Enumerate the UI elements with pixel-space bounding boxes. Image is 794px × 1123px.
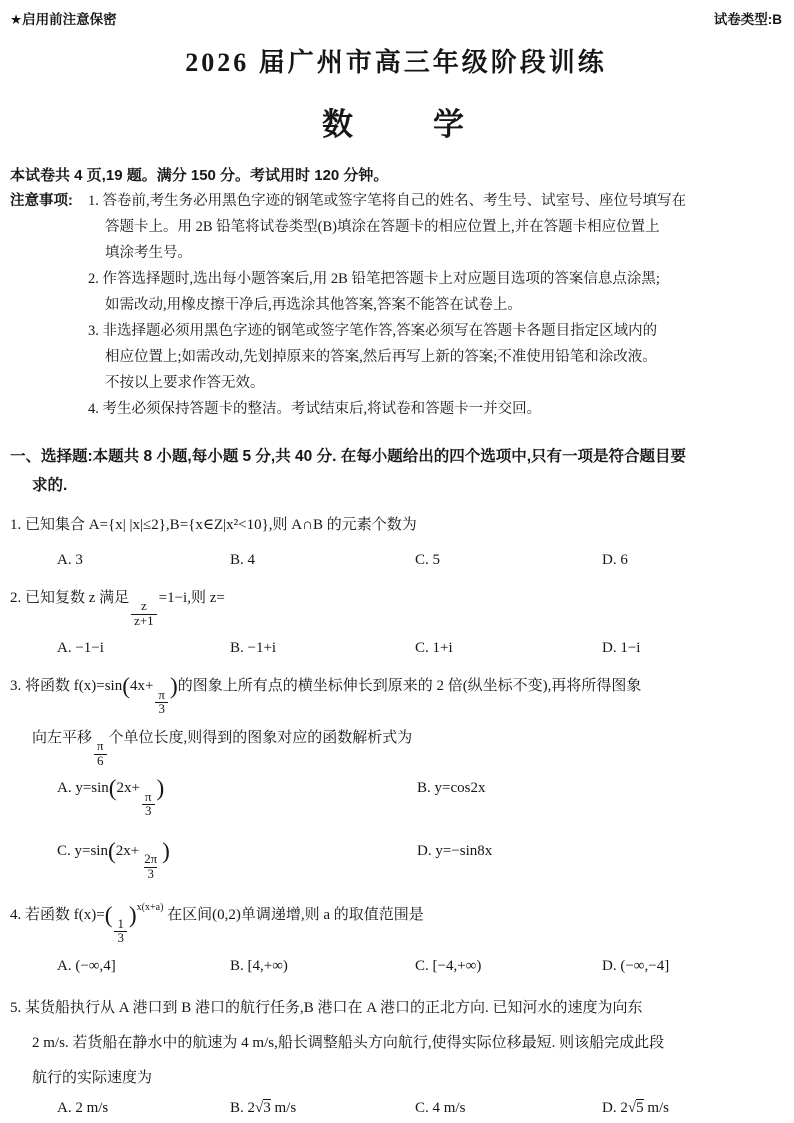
- notice-line: 4. 考生必须保持答题卡的整洁。考试结束后,将试卷和答题卡一并交回。: [88, 396, 782, 422]
- notice-item-3: 3. 非选择题必须用黑色字迹的钢笔或签字笔作答,答案必须写在答题卡各题目指定区域…: [88, 318, 782, 396]
- exponent: x(x+a): [137, 902, 164, 913]
- big-paren-right: ): [129, 903, 137, 929]
- option-c: C. 1+i: [415, 640, 602, 657]
- fraction-denominator: z+1: [131, 614, 156, 629]
- stem-text: =1−i,则 z=: [159, 590, 225, 606]
- fraction-numerator: z: [138, 600, 150, 614]
- section-heading-line: 求的.: [10, 471, 782, 500]
- question-2: 2. 已知复数 z 满足zz+1=1−i,则 z= A. −1−i B. −1+…: [10, 587, 782, 657]
- fraction-denominator: 3: [114, 931, 126, 946]
- security-notice: ★启用前注意保密: [10, 8, 117, 28]
- notice-item-2: 2. 作答选择题时,选出每小题答案后,用 2B 铅笔把答题卡上对应题目选项的答案…: [88, 266, 782, 318]
- option-b: B. 4: [230, 552, 415, 569]
- option-a: A. 2 m/s: [57, 1100, 230, 1117]
- notice-line: 1. 答卷前,考生务必用黑色字迹的钢笔或签字笔将自己的姓名、考生号、试室号、座位…: [88, 188, 782, 214]
- option-c: C. [−4,+∞): [415, 958, 602, 975]
- question-5: 5. 某货船执行从 A 港口到 B 港口的航行任务,B 港口在 A 港口的正北方…: [10, 991, 782, 1117]
- option-a: A. (−∞,4]: [57, 958, 230, 975]
- fraction: π3: [142, 791, 155, 819]
- question-2-options: A. −1−i B. −1+i C. 1+i D. 1−i: [10, 640, 782, 657]
- fraction: 13: [114, 918, 126, 946]
- stem-text: 个单位长度,则得到的图象对应的函数解析式为: [109, 730, 413, 746]
- option-d: D. (−∞,−4]: [602, 958, 782, 975]
- question-3: 3. 将函数 f(x)=sin(4x+π3)的图象上所有点的横坐标伸长到原来的 …: [10, 675, 782, 881]
- option-text: 2x+: [116, 843, 139, 859]
- notice-line: 3. 非选择题必须用黑色字迹的钢笔或签字笔作答,答案必须写在答题卡各题目指定区域…: [88, 318, 782, 344]
- option-d: D. 1−i: [602, 640, 782, 657]
- notice-section: 注意事项: 1. 答卷前,考生务必用黑色字迹的钢笔或签字笔将自己的姓名、考生号、…: [10, 188, 782, 422]
- option-b: B. [4,+∞): [230, 958, 415, 975]
- option-a: A. y=sin(2x+π3): [57, 780, 417, 818]
- big-paren-right: ): [157, 776, 165, 802]
- option-text: 2x+: [117, 780, 140, 796]
- fraction-numerator: 2π: [141, 853, 160, 867]
- fraction-denominator: 3: [142, 804, 154, 819]
- stem-text: 4x+: [130, 678, 153, 694]
- option-d: D. y=−sin8x: [417, 843, 782, 881]
- square-root: 3: [255, 1099, 271, 1116]
- notice-item-1: 1. 答卷前,考生务必用黑色字迹的钢笔或签字笔将自己的姓名、考生号、试室号、座位…: [88, 188, 782, 266]
- question-1-options: A. 3 B. 4 C. 5 D. 6: [10, 552, 782, 569]
- question-5-line-3: 航行的实际速度为: [10, 1061, 782, 1096]
- option-text: A. y=sin: [57, 780, 109, 796]
- question-5-line-2: 2 m/s. 若货船在静水中的航速为 4 m/s,船长调整船头方向航行,使得实际…: [10, 1026, 782, 1061]
- option-d: D. 25 m/s: [602, 1100, 782, 1117]
- notice-line: 2. 作答选择题时,选出每小题答案后,用 2B 铅笔把答题卡上对应题目选项的答案…: [88, 266, 782, 292]
- question-3-line-1: 3. 将函数 f(x)=sin(4x+π3)的图象上所有点的横坐标伸长到原来的 …: [10, 675, 782, 716]
- fraction-denominator: 6: [94, 754, 106, 769]
- subject-title: 数 学: [10, 99, 782, 144]
- stem-text: 3. 将函数 f(x)=sin: [10, 678, 122, 694]
- notice-line: 相应位置上;如需改动,先划掉原来的答案,然后再写上新的答案;不准使用铅笔和涂改液…: [88, 344, 782, 370]
- fraction: 2π3: [141, 853, 160, 881]
- question-4: 4. 若函数 f(x)=(13)x(x+a) 在区间(0,2)单调递增,则 a …: [10, 897, 782, 974]
- exam-paper-page: ★启用前注意保密 试卷类型:B 2026 届广州市高三年级阶段训练 数 学 本试…: [0, 0, 794, 1123]
- option-a: A. −1−i: [57, 640, 230, 657]
- option-b: B. y=cos2x: [417, 780, 782, 818]
- question-4-options: A. (−∞,4] B. [4,+∞) C. [−4,+∞) D. (−∞,−4…: [10, 958, 782, 975]
- big-paren-left: (: [105, 903, 113, 929]
- stem-text: 的图象上所有点的横坐标伸长到原来的 2 倍(纵坐标不变),再将所得图象: [178, 678, 642, 694]
- question-4-stem: 4. 若函数 f(x)=(13)x(x+a) 在区间(0,2)单调递增,则 a …: [10, 897, 782, 945]
- option-text: m/s: [271, 1100, 296, 1116]
- big-paren-left: (: [109, 776, 117, 802]
- big-paren-left: (: [108, 838, 116, 864]
- notice-items: 1. 答卷前,考生务必用黑色字迹的钢笔或签字笔将自己的姓名、考生号、试室号、座位…: [10, 188, 782, 422]
- option-c: C. 4 m/s: [415, 1100, 602, 1117]
- option-text: C. y=sin: [57, 843, 108, 859]
- option-text: m/s: [644, 1100, 669, 1116]
- stem-text: 在区间(0,2)单调递增,则 a 的取值范围是: [163, 907, 423, 923]
- option-c: C. 5: [415, 552, 602, 569]
- fraction: π3: [155, 689, 168, 717]
- big-paren-left: (: [122, 674, 130, 700]
- fraction-numerator: π: [142, 791, 155, 805]
- option-b: B. 23 m/s: [230, 1100, 415, 1117]
- fraction-numerator: π: [94, 740, 107, 754]
- stem-text: 4. 若函数 f(x)=: [10, 907, 105, 923]
- exam-title: 2026 届广州市高三年级阶段训练: [10, 42, 782, 79]
- option-a: A. 3: [57, 552, 230, 569]
- question-3-line-2: 向左平移π6个单位长度,则得到的图象对应的函数解析式为: [10, 727, 782, 768]
- fraction: zz+1: [131, 600, 156, 628]
- option-b: B. −1+i: [230, 640, 415, 657]
- option-text: B. 2: [230, 1100, 255, 1116]
- notice-line: 填涂考生号。: [88, 240, 782, 266]
- radicand: 3: [263, 1099, 271, 1116]
- stem-text: 2. 已知复数 z 满足: [10, 590, 129, 606]
- page-header: ★启用前注意保密 试卷类型:B: [10, 8, 782, 28]
- notice-item-4: 4. 考生必须保持答题卡的整洁。考试结束后,将试卷和答题卡一并交回。: [88, 396, 782, 422]
- option-d: D. 6: [602, 552, 782, 569]
- fraction: π6: [94, 740, 107, 768]
- question-1: 1. 已知集合 A={x| |x|≤2},B={x∈Z|x²<10},则 A∩B…: [10, 514, 782, 569]
- fraction-numerator: 1: [114, 918, 126, 932]
- radicand: 5: [636, 1099, 644, 1116]
- square-root: 5: [628, 1099, 644, 1116]
- question-1-stem: 1. 已知集合 A={x| |x|≤2},B={x∈Z|x²<10},则 A∩B…: [10, 514, 782, 536]
- big-paren-right: ): [170, 674, 178, 700]
- question-3-options: A. y=sin(2x+π3) B. y=cos2x C. y=sin(2x+2…: [10, 780, 782, 881]
- notice-label: 注意事项:: [10, 188, 73, 214]
- option-c: C. y=sin(2x+2π3): [57, 843, 417, 881]
- fraction-denominator: 3: [144, 867, 156, 882]
- question-5-options: A. 2 m/s B. 23 m/s C. 4 m/s D. 25 m/s: [10, 1100, 782, 1117]
- notice-line: 不按以上要求作答无效。: [88, 370, 782, 396]
- section-1-heading: 一、选择题:本题共 8 小题,每小题 5 分,共 40 分. 在每小题给出的四个…: [10, 442, 782, 500]
- fraction-denominator: 3: [155, 702, 167, 717]
- option-text: D. 2: [602, 1100, 628, 1116]
- paper-type-label: 试卷类型:B: [714, 8, 782, 28]
- section-heading-line: 一、选择题:本题共 8 小题,每小题 5 分,共 40 分. 在每小题给出的四个…: [10, 442, 782, 471]
- stem-text: 向左平移: [32, 730, 92, 746]
- big-paren-right: ): [162, 838, 170, 864]
- question-5-line-1: 5. 某货船执行从 A 港口到 B 港口的航行任务,B 港口在 A 港口的正北方…: [10, 991, 782, 1026]
- fraction-numerator: π: [155, 689, 168, 703]
- question-2-stem: 2. 已知复数 z 满足zz+1=1−i,则 z=: [10, 587, 782, 628]
- exam-info: 本试卷共 4 页,19 题。满分 150 分。考试用时 120 分钟。: [10, 164, 782, 185]
- notice-line: 如需改动,用橡皮擦干净后,再选涂其他答案,答案不能答在试卷上。: [88, 292, 782, 318]
- notice-line: 答题卡上。用 2B 铅笔将试卷类型(B)填涂在答题卡的相应位置上,并在答题卡相应…: [88, 214, 782, 240]
